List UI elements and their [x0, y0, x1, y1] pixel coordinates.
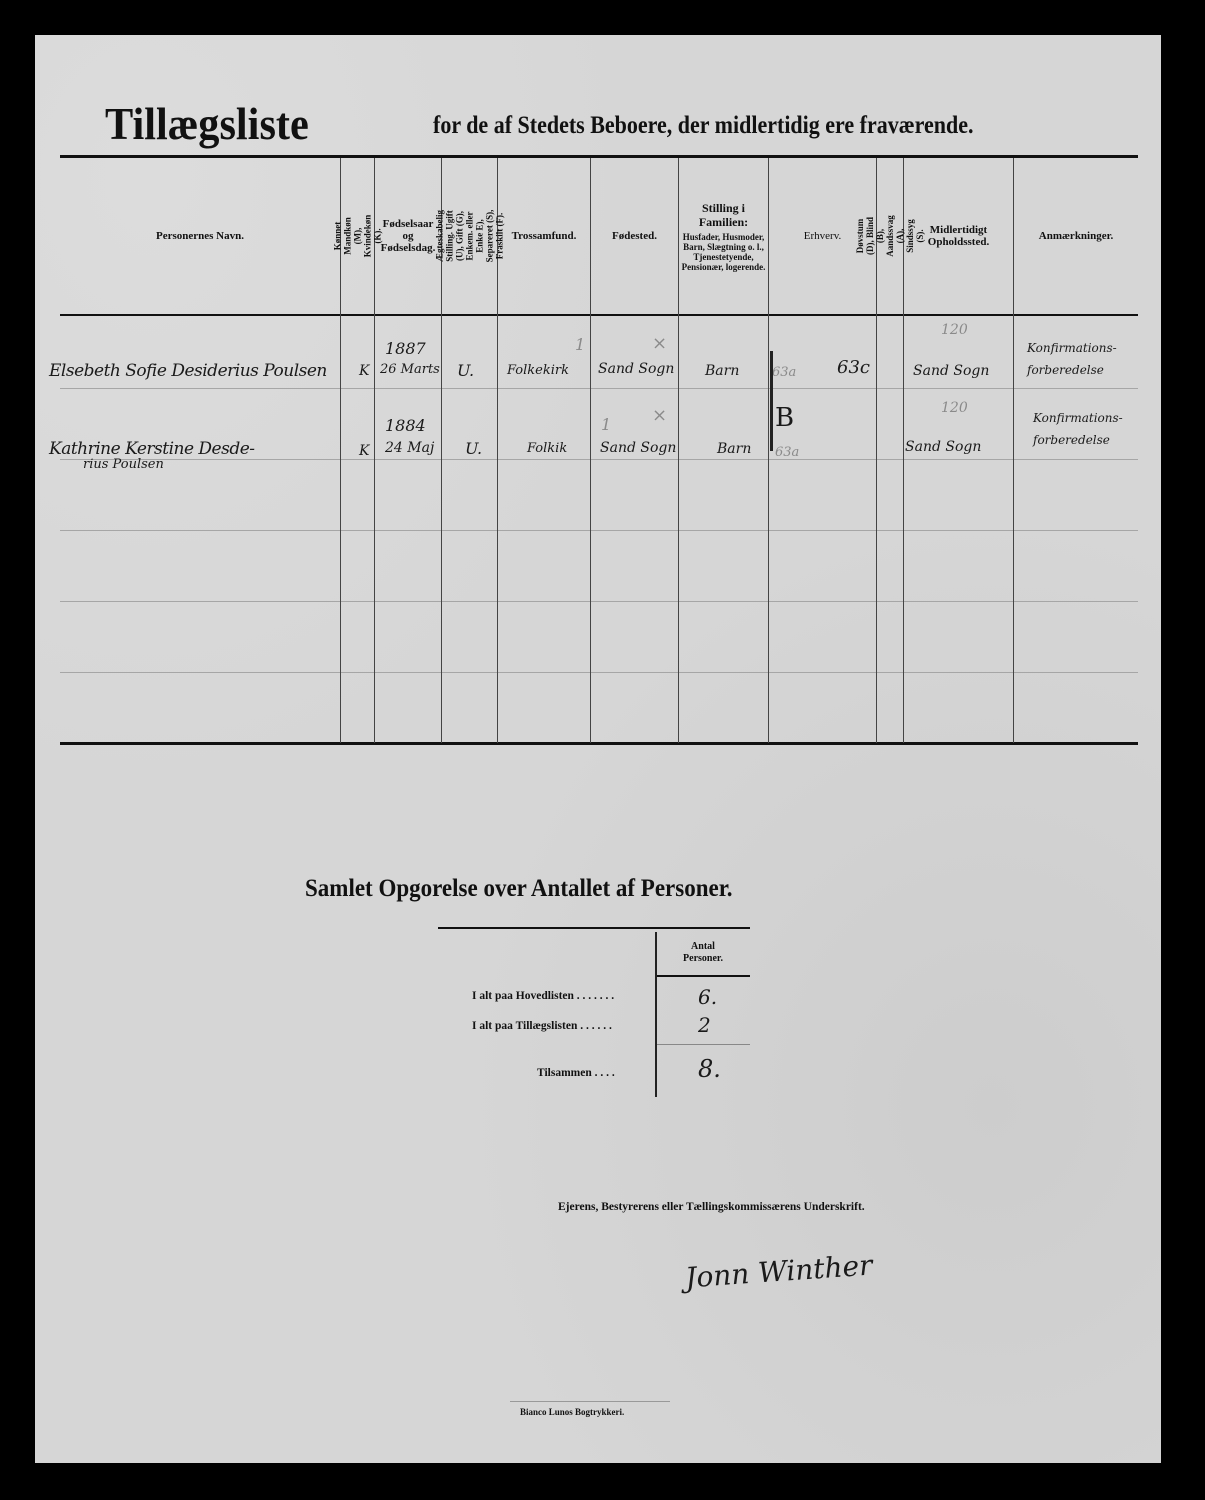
header-name: Personernes Navn.	[60, 158, 340, 314]
title-main: Tillægsliste	[105, 97, 309, 150]
summary-column-header: Antal Personer.	[657, 932, 749, 974]
person-name: Elsebeth Sofie Desiderius Poulsen	[49, 361, 327, 381]
row-divider	[60, 459, 1138, 460]
signature: Jonn Winther	[684, 1248, 873, 1294]
header-sex: Kønnet Mandkøn (M), Kvindekøn (K).	[341, 158, 374, 314]
birth-year: 1887	[385, 339, 426, 358]
row-divider	[60, 388, 1138, 389]
religion-value: Folkik	[527, 441, 567, 456]
title-emphasis: fraværende.	[860, 112, 974, 139]
disability-mark: B	[775, 403, 794, 433]
birthplace-mark: ×	[652, 333, 667, 354]
summary-label-supplement-list: I alt paa Tillægslisten . . . . . .	[472, 1020, 612, 1032]
birthplace-mark: ×	[652, 405, 667, 426]
religion-value: Folkekirk	[507, 363, 569, 378]
residence-code-pencil: 120	[941, 322, 968, 338]
row-divider	[60, 672, 1138, 673]
summary-subtotal-rule	[657, 1044, 750, 1045]
person-name-line2: rius Poulsen	[83, 457, 164, 472]
occupation-code-pencil: 63a	[775, 445, 799, 460]
summary-title: Samlet Opgorelse over Antallet af Person…	[305, 875, 733, 903]
marital-value: U.	[457, 361, 474, 380]
marital-value: U.	[465, 439, 482, 458]
temp-residence-value: Sand Sogn	[905, 439, 981, 455]
header-family-role: Stilling i Familien: Husfader, Husmoder,…	[679, 158, 768, 314]
birth-year: 1884	[385, 416, 426, 435]
row-divider	[60, 601, 1138, 602]
temp-residence-value: Sand Sogn	[913, 363, 989, 379]
summary-header-rule	[657, 975, 750, 977]
birth-day: 24 Maj	[385, 440, 434, 456]
sex-value: K	[359, 363, 369, 379]
header-birth-date: Fødselsaar og Fødselsdag.	[375, 158, 441, 314]
family-role-value: Barn	[705, 363, 739, 379]
summary-label-total: Tilsammen . . . .	[537, 1067, 615, 1079]
census-form-page: Tillægsliste for de af Stedets Beboere, …	[35, 35, 1161, 1463]
birthplace-value: Sand Sogn	[600, 440, 676, 456]
summary-value-total: 8.	[698, 1055, 721, 1083]
header-birthplace: Fødested.	[591, 158, 678, 314]
header-bottom-rule	[60, 314, 1138, 316]
summary-value-supplement-list: 2	[698, 1013, 711, 1037]
religion-mark: 1	[601, 415, 611, 434]
person-name-line1: Kathrine Kerstine Desde-	[49, 439, 255, 459]
header-remarks: Anmærkninger.	[1014, 158, 1138, 314]
summary-value-main-list: 6.	[698, 985, 717, 1009]
header-religion: Trossamfund.	[498, 158, 590, 314]
printer-imprint: Bianco Lunos Bogtrykkeri.	[520, 1407, 624, 1417]
residence-code-pencil: 120	[941, 400, 968, 416]
title-subtitle: for de af Stedets Beboere, der midlertid…	[433, 112, 974, 140]
form-title: Tillægsliste for de af Stedets Beboere, …	[105, 97, 1105, 150]
remarks-value: Konfirmations-forberedelse	[1033, 407, 1153, 451]
header-temp-residence: Midlertidigt Opholdssted.	[904, 158, 1013, 314]
birthplace-value: Sand Sogn	[598, 361, 674, 377]
printer-rule	[510, 1401, 670, 1402]
bracket-mark	[770, 351, 773, 451]
family-role-value: Barn	[717, 441, 751, 457]
birth-day: 26 Marts	[380, 362, 440, 377]
religion-mark: 1	[575, 335, 585, 354]
summary-top-rule	[438, 927, 750, 929]
occupation-code: 63c	[837, 357, 870, 378]
row-divider	[60, 530, 1138, 531]
occupation-code-pencil: 63a	[772, 365, 796, 380]
sex-value: K	[359, 443, 369, 459]
header-marital-status: Ægteskabelig Stilling. Ugift (U), Gift (…	[442, 158, 497, 314]
summary-label-main-list: I alt paa Hovedlisten . . . . . . .	[472, 990, 614, 1002]
signature-label: Ejerens, Bestyrerens eller Tællingskommi…	[558, 1201, 865, 1213]
table-bottom-rule	[60, 742, 1138, 745]
header-disability: Døvstum (D), Blind (B), Aandssvag (A), S…	[877, 158, 903, 314]
remarks-value: Konfirmations-forberedelse	[1027, 337, 1147, 381]
